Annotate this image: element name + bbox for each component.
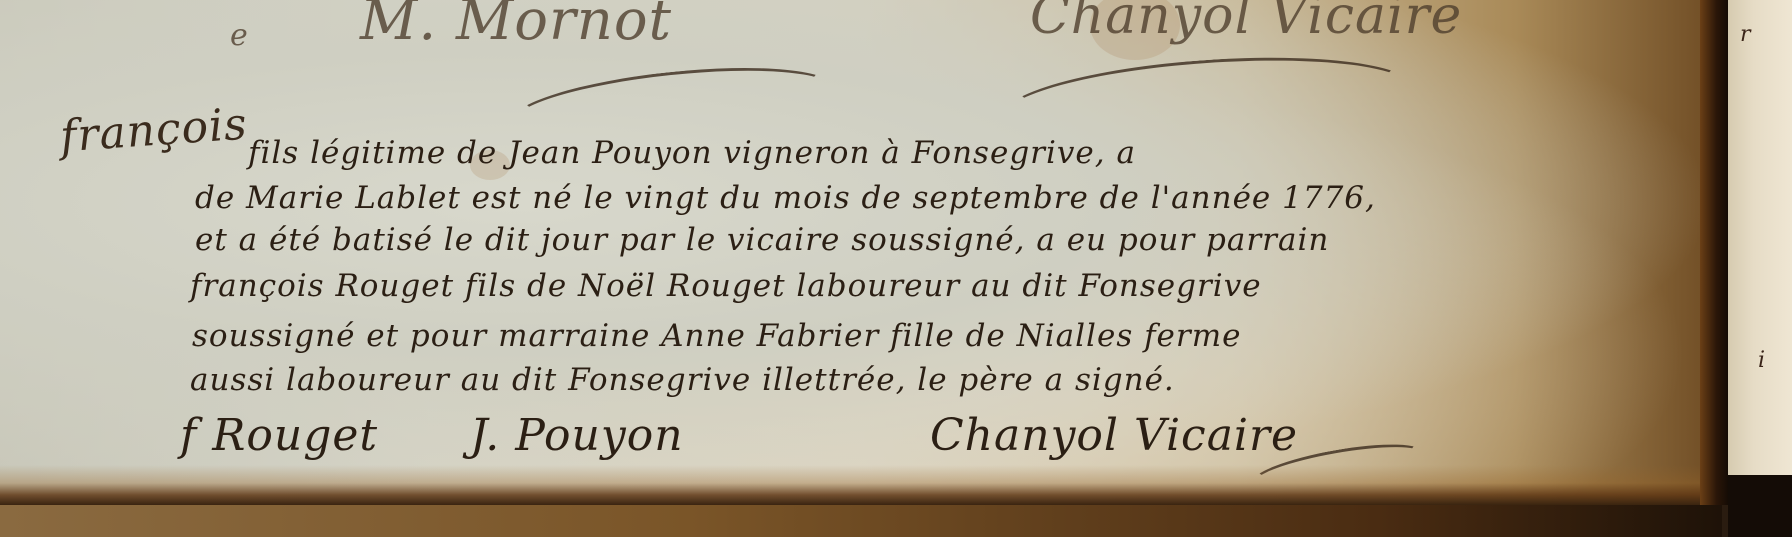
entry-line-5: soussigné et pour marraine Anne Fabrier … xyxy=(192,318,1241,354)
signature-top-left: M. Mornot xyxy=(360,0,672,53)
page-bottom-edge xyxy=(0,505,1722,537)
signature-parrain: f Rouget xyxy=(180,410,378,461)
next-page-mark: i xyxy=(1758,348,1765,373)
register-page: e M. Mornot Chanyol Vicaire françois fil… xyxy=(0,0,1722,505)
signature-top-right: Chanyol Vicaire xyxy=(1030,0,1462,46)
entry-line-6: aussi laboureur au dit Fonsegrive illett… xyxy=(190,362,1175,398)
signature-father: J. Pouyon xyxy=(470,410,684,461)
book-shadow xyxy=(1728,475,1792,537)
next-page-mark: r xyxy=(1740,22,1751,47)
signature-prefix: e xyxy=(230,18,249,53)
next-page-edge: r i xyxy=(1728,0,1792,475)
entry-line-2: de Marie Lablet est né le vingt du mois … xyxy=(195,180,1376,216)
entry-line-3: et a été batisé le dit jour par le vicai… xyxy=(195,222,1329,258)
margin-child-name: françois xyxy=(58,99,249,163)
signature-vicar: Chanyol Vicaire xyxy=(930,410,1298,461)
entry-line-1: fils légitime de Jean Pouyon vigneron à … xyxy=(248,135,1136,171)
book-gutter xyxy=(1700,0,1730,505)
entry-line-4: françois Rouget fils de Noël Rouget labo… xyxy=(190,268,1262,304)
